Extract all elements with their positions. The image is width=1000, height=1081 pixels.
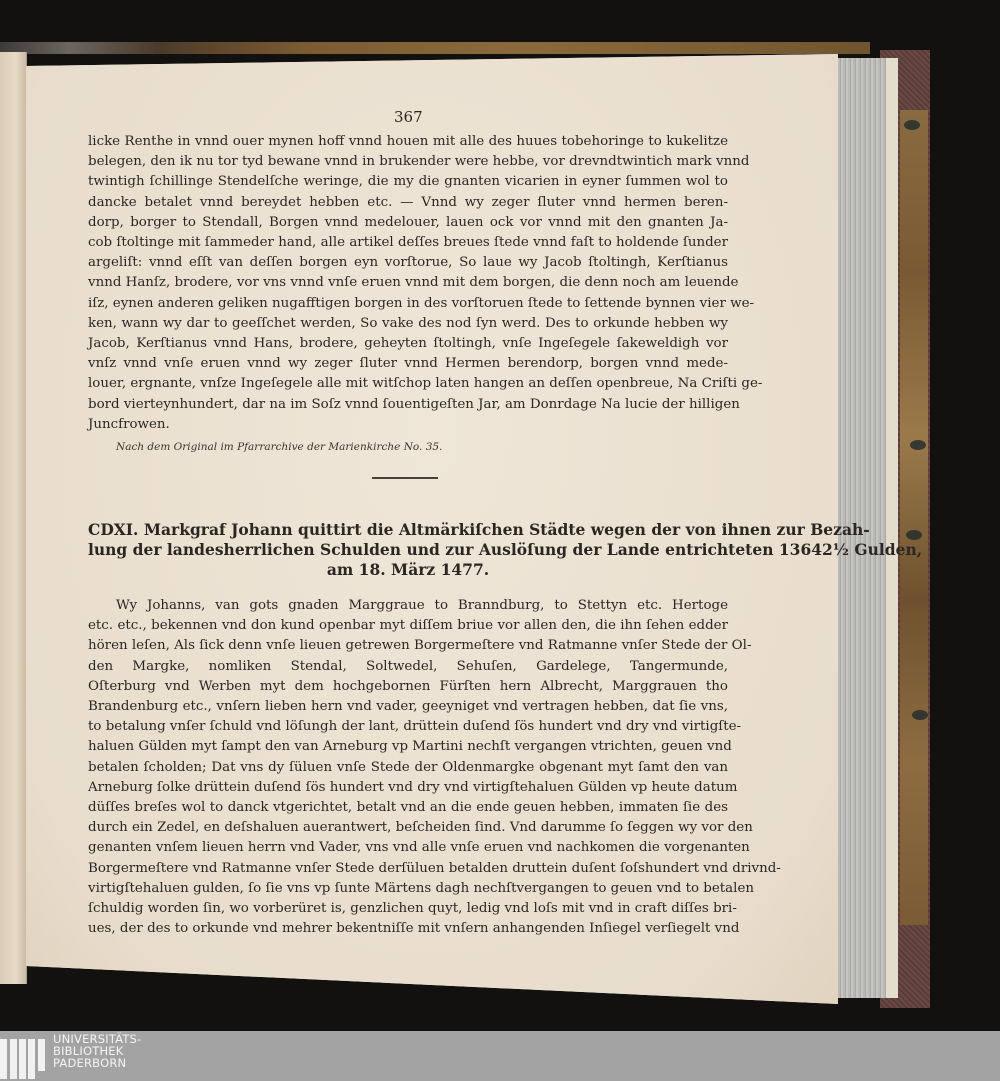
text-line: vnnd Hanſz, brodere, vor vns vnnd vnſe e… (88, 273, 728, 293)
text-line: durch ein Zedel, en deſshaluen auerantwe… (88, 818, 728, 838)
text-line: bord vierteynhundert, dar na im Soſz vnn… (88, 395, 728, 415)
top-paragraph: licke Renthe in vnnd ouer mynen hoff vnn… (88, 132, 728, 453)
library-footer: UNIVERSITÄTS- BIBLIOTHEK PADERBORN (0, 1031, 1000, 1081)
text-line: ſchuldig worden ſin, wo vorberüret is, g… (88, 899, 728, 919)
book-top-edge (0, 42, 870, 54)
scan-background: 367 licke Renthe in vnnd ouer mynen hoff… (0, 0, 1000, 1031)
text-line: den Margke, nomliken Stendal, Soltwedel,… (88, 657, 728, 677)
marbled-cover-edge (900, 110, 928, 925)
text-line: virtigſtehaluen gulden, ſo ſie vns vp ſu… (88, 879, 728, 899)
text-line: louer, ergnante, vnſze Ingeſegele alle m… (88, 374, 728, 394)
page-number: 367 (394, 108, 423, 126)
heading-line: CDXI. Markgraf Johann quittirt die Altmä… (88, 520, 728, 540)
text-line: to betalung vnſer ſchuld vnd löſungh der… (88, 717, 728, 737)
text-line: vnſz vnnd vnſe eruen vnnd wy zeger ſlute… (88, 354, 728, 374)
text-line: etc. etc., bekennen vnd don kund openbar… (88, 616, 728, 636)
document-body: Wy Johanns, van gots gnaden Marggraue to… (88, 596, 728, 939)
text-line: iſz, eynen anderen geliken nugafftigen b… (88, 294, 728, 314)
left-page-edge (0, 52, 27, 984)
text-line: dorp, borger to Stendall, Borgen vnnd me… (88, 213, 728, 233)
text-line: Arneburg ſolke drüttein duſend ſös hunde… (88, 778, 728, 798)
text-line: haluen Gülden myt ſampt den van Arneburg… (88, 737, 728, 757)
text-line: Jacob, Kerſtianus vnnd Hans, brodere, ge… (88, 334, 728, 354)
heading-date-line: am 18. März 1477. (88, 560, 728, 580)
logo-line: PADERBORN (53, 1058, 141, 1070)
library-logo-icon (0, 1039, 45, 1081)
text-line: Brandenburg etc., vnſern lieben hern vnd… (88, 697, 728, 717)
source-note: Nach dem Original im Pfarrarchive der Ma… (116, 441, 728, 453)
document-heading: CDXI. Markgraf Johann quittirt die Altmä… (88, 520, 728, 580)
text-line: belegen, den ik nu tor tyd bewane vnnd i… (88, 152, 728, 172)
text-line: düſſes breſes wol to danck vtgerichtet, … (88, 798, 728, 818)
text-line: betalen ſcholden; Dat vns dy ſüluen vnſe… (88, 758, 728, 778)
text-line: Borgermeſtere vnd Ratmanne vnſer Stede d… (88, 859, 728, 879)
text-line: ues, der des to orkunde vnd mehrer beken… (88, 919, 728, 939)
text-line: hören leſen, Als ſick denn vnſe lieuen g… (88, 636, 728, 656)
text-line: argeliſt: vnnd eſſt van deſſen borgen ey… (88, 253, 728, 273)
text-line: cob ſtoltinge mit ſammeder hand, alle ar… (88, 233, 728, 253)
text-line: dancke betalet vnnd bereydet hebben etc.… (88, 193, 728, 213)
text-line: ken, wann wy dar to geeſſchet werden, So… (88, 314, 728, 334)
section-divider (372, 477, 438, 479)
text-line: genanten vnſem lieuen herrn vnd Vader, v… (88, 838, 728, 858)
heading-line: lung der landesherrlichen Schulden und z… (88, 540, 728, 560)
text-line: Wy Johanns, van gots gnaden Marggraue to… (88, 596, 728, 616)
text-line: licke Renthe in vnnd ouer mynen hoff vnn… (88, 132, 728, 152)
text-line: Juncfrowen. (88, 415, 728, 435)
text-line: Oſterburg vnd Werben myt dem hochgeborne… (88, 677, 728, 697)
library-logo-text: UNIVERSITÄTS- BIBLIOTHEK PADERBORN (53, 1034, 141, 1069)
text-line: twintigh ſchillinge Stendelſche weringe,… (88, 172, 728, 192)
